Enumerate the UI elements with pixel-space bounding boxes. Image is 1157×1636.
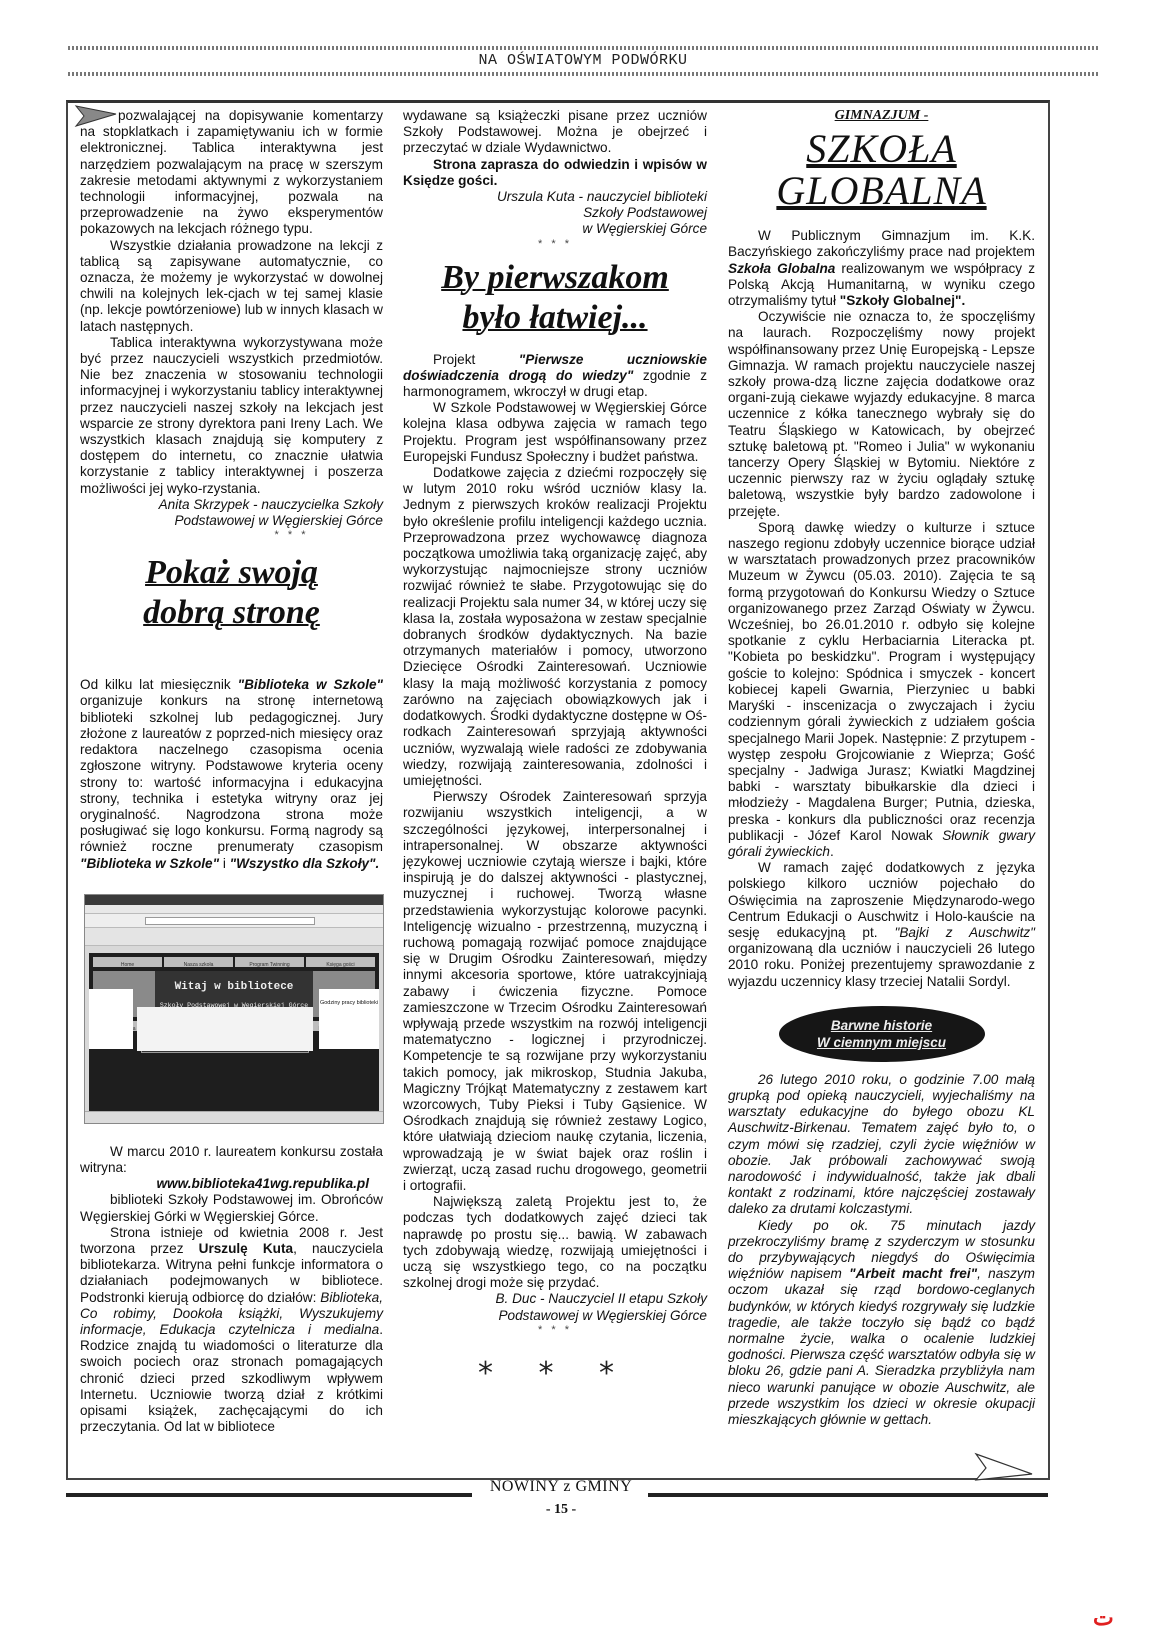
subheading-oval: Barwne historie W ciemnym miejscu	[779, 1006, 985, 1062]
paragraph: Dodatkowe zajęcia z dziećmi rozpoczęły s…	[403, 465, 707, 789]
article-headline: Pokaż swoją	[80, 553, 383, 593]
website-screenshot: Home Nasza szkoła Program Twinning Księg…	[84, 894, 384, 1124]
article-headline: dobrą stronę	[80, 593, 383, 633]
section-title: NA OŚWIATOWYM PODWÓRKU	[68, 52, 1098, 69]
article-kicker: GIMNAZJUM -	[728, 108, 1035, 124]
paragraph: Sporą dawkę wiedzy o kulturze i sztuce n…	[728, 520, 1035, 860]
end-stars: * * *	[403, 1366, 707, 1382]
footer-rule-left	[66, 1493, 472, 1497]
footer-rule-right	[648, 1493, 1048, 1497]
arrow-right-icon	[972, 1452, 1034, 1482]
author-signature: Szkoły Podstawowej	[403, 205, 707, 221]
author-signature: Podstawowej w Węgierskiej Górce	[80, 513, 383, 529]
paragraph: Kiedy po ok. 75 minutach jazdy przekrocz…	[728, 1218, 1035, 1429]
header-dotted-rule-top	[68, 46, 1098, 50]
header-dotted-rule-bottom	[68, 72, 1098, 76]
separator: * * *	[403, 1324, 707, 1336]
paragraph: Oczywiście nie oznacza to, że spoczęliśm…	[728, 309, 1035, 520]
page-number: - 15 -	[476, 1502, 646, 1518]
paragraph: Strona istnieje od kwietnia 2008 r. Jest…	[80, 1225, 383, 1436]
publication-name: NOWINY z GMINY	[476, 1478, 646, 1496]
author-signature: Urszula Kuta - nauczyciel biblioteki	[403, 189, 707, 205]
paragraph: biblioteki Szkoły Podstawowej im. Obrońc…	[80, 1192, 383, 1224]
paragraph: 26 lutego 2010 roku, o godzinie 7.00 mał…	[728, 1072, 1035, 1218]
paragraph: Wszystkie działania prowadzone na lekcji…	[80, 238, 383, 335]
paragraph: Strona zaprasza do odwiedzin i wpisów w …	[403, 157, 707, 189]
paragraph: W ramach zajęć dodatkowych z języka pols…	[728, 860, 1035, 990]
separator: * * *	[80, 529, 383, 541]
author-signature: B. Duc - Nauczyciel II etapu Szkoły	[403, 1291, 707, 1307]
column-2: wydawane są książeczki pisane przez uczn…	[403, 108, 707, 1382]
paragraph: Pierwszy Ośrodek Zainteresowań sprzyja r…	[403, 789, 707, 1194]
website-url: www.biblioteka41wg.republika.pl	[80, 1176, 383, 1192]
paragraph: W Publicznym Gimnazjum im. K.K. Baczyńsk…	[728, 228, 1035, 309]
column-3: GIMNAZJUM - SZKOŁA GLOBALNA W Publicznym…	[728, 108, 1035, 1428]
separator: * * *	[403, 238, 707, 250]
article-headline: GLOBALNA	[728, 170, 1035, 212]
paragraph: Największą zaletą Projektu jest to, że p…	[403, 1194, 707, 1291]
author-signature: Anita Skrzypek - nauczycielka Szkoły	[80, 497, 383, 513]
article-headline: było łatwiej...	[403, 298, 707, 338]
screenshot-nav: Home Nasza szkoła Program Twinning Księg…	[89, 953, 379, 971]
viewer-logo-icon: ت	[1093, 1605, 1114, 1631]
author-signature: Podstawowej w Węgierskiej Górce	[403, 1308, 707, 1324]
paragraph: W marcu 2010 r. laureatem konkursu zosta…	[80, 1144, 383, 1176]
paragraph: Projekt "Pierwsze uczniowskie doświadcze…	[403, 352, 707, 401]
paragraph: W Szkole Podstawowej w Węgierskiej Górce…	[403, 400, 707, 465]
author-signature: w Węgierskiej Górce	[403, 221, 707, 237]
paragraph: Od kilku lat miesięcznik "Biblioteka w S…	[80, 677, 383, 871]
article-headline: By pierwszakom	[403, 258, 707, 298]
article-headline: SZKOŁA	[728, 128, 1035, 170]
column-1: pozwalającej na dopisywanie komentarzy n…	[80, 108, 383, 1435]
paragraph: wydawane są książeczki pisane przez uczn…	[403, 108, 707, 157]
paragraph: pozwalającej na dopisywanie komentarzy n…	[80, 108, 383, 238]
paragraph: Tablica interaktywna wykorzystywana może…	[80, 335, 383, 497]
